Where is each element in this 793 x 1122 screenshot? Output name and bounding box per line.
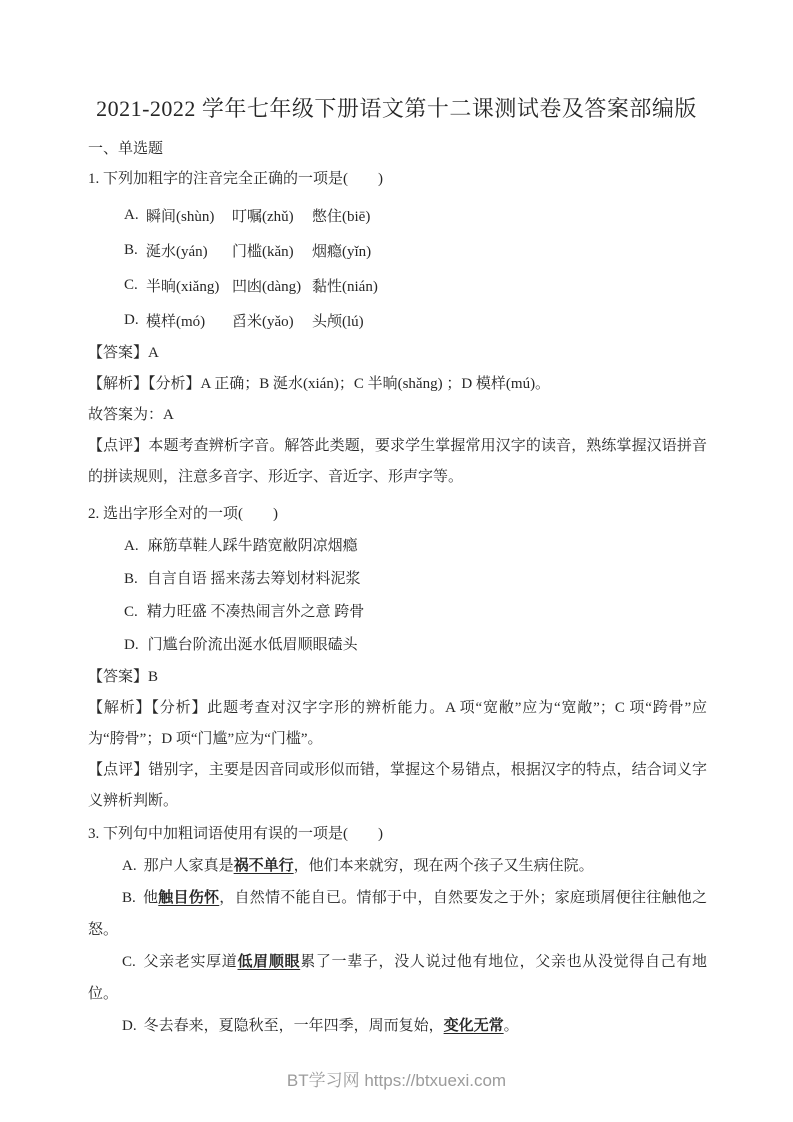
option-text: 自言自语 摇来荡去筹划材料泥浆 bbox=[147, 571, 361, 587]
option-label: B. bbox=[122, 890, 136, 906]
sentence-pre: 冬去春来，夏隐秋至，一年四季，周而复始， bbox=[144, 1018, 444, 1034]
sentence-pre: 父亲老实厚道 bbox=[143, 954, 238, 970]
sentence-pre: 他 bbox=[143, 890, 159, 906]
option-label: D. bbox=[122, 1018, 137, 1034]
pinyin-word: 憋住(biē) bbox=[312, 205, 370, 226]
comment-line: 【点评】本题考查辨析字音。解答此类题，要求学生掌握常用汉字的读音，熟练掌握汉语拼… bbox=[88, 431, 707, 493]
option-label: D. bbox=[124, 637, 139, 653]
section-heading: 一、单选题 bbox=[88, 134, 707, 164]
underlined-term: 触目伤怀 bbox=[158, 890, 219, 906]
option-label: A. bbox=[124, 538, 139, 554]
option-label: B. bbox=[124, 242, 146, 259]
answer-line: 【答案】B bbox=[88, 662, 707, 693]
footer-watermark: BT学习网 https://btxuexi.com bbox=[0, 1066, 793, 1091]
option-row-b: B. 涎水(yán) 门槛(kǎn) 烟瘾(yǐn) bbox=[124, 233, 707, 268]
question-3-options: A.那户人家真是祸不单行，他们本来就穷，现在两个孩子又生病住院。 B.他触目伤怀… bbox=[88, 850, 707, 1042]
option-label: C. bbox=[124, 277, 146, 294]
option-label: C. bbox=[122, 954, 136, 970]
pinyin-word: 涎水(yán) bbox=[146, 240, 232, 261]
analysis-line: 【解析】【分析】此题考查对汉字字形的辨析能力。A 项“宽敝”应为“宽敞”；C 项… bbox=[88, 693, 707, 755]
pinyin-word: 头颅(lú) bbox=[312, 310, 364, 331]
document-body: 一、单选题 1. 下列加粗字的注音完全正确的一项是( ) A. 瞬间(shùn)… bbox=[0, 134, 793, 1042]
pinyin-word: 瞬间(shùn) bbox=[146, 205, 232, 226]
sentence-post: ，他们本来就穷，现在两个孩子又生病住院。 bbox=[294, 858, 594, 874]
question-1-options: A. 瞬间(shùn) 叮嘱(zhǔ) 憋住(biē) B. 涎水(yán) 门… bbox=[88, 198, 707, 338]
answer-line: 【答案】A bbox=[88, 338, 707, 369]
option-sentence-b: B.他触目伤怀，自然情不能自已。情郁于中，自然要发之于外；家庭琐屑便往往触他之怒… bbox=[88, 882, 707, 946]
option-item-b: B.自言自语 摇来荡去筹划材料泥浆 bbox=[124, 563, 707, 596]
option-row-a: A. 瞬间(shùn) 叮嘱(zhǔ) 憋住(biē) bbox=[124, 198, 707, 233]
option-item-a: A.麻筋草鞋人踩牛踏宽敝阴凉烟瘾 bbox=[124, 530, 707, 563]
option-label: D. bbox=[124, 312, 146, 329]
option-sentence-a: A.那户人家真是祸不单行，他们本来就穷，现在两个孩子又生病住院。 bbox=[88, 850, 707, 882]
pinyin-word: 模样(mó) bbox=[146, 310, 232, 331]
option-sentence-c: C.父亲老实厚道低眉顺眼累了一辈子，没人说过他有地位，父亲也从没觉得自己有地位。 bbox=[88, 946, 707, 1010]
question-3-stem: 3. 下列句中加粗词语使用有误的一项是( ) bbox=[88, 819, 707, 850]
option-text: 门尴台阶流出涎水低眉顺眼磕头 bbox=[148, 637, 358, 653]
option-text: 麻筋草鞋人踩牛踏宽敝阴凉烟瘾 bbox=[148, 538, 358, 554]
question-2-options: A.麻筋草鞋人踩牛踏宽敝阴凉烟瘾 B.自言自语 摇来荡去筹划材料泥浆 C.精力旺… bbox=[88, 530, 707, 662]
option-item-d: D.门尴台阶流出涎水低眉顺眼磕头 bbox=[124, 629, 707, 662]
option-item-c: C.精力旺盛 不凑热闹言外之意 跨骨 bbox=[124, 596, 707, 629]
option-text: 精力旺盛 不凑热闹言外之意 跨骨 bbox=[147, 604, 365, 620]
conclusion-line: 故答案为：A bbox=[88, 400, 707, 431]
document-page: 2021-2022 学年七年级下册语文第十二课测试卷及答案部编版 一、单选题 1… bbox=[0, 0, 793, 1122]
sentence-post: 。 bbox=[504, 1018, 519, 1034]
option-row-d: D. 模样(mó) 舀米(yǎo) 头颅(lú) bbox=[124, 303, 707, 338]
option-row-c: C. 半晌(xiǎng) 凹凼(dàng) 黏性(nián) bbox=[124, 268, 707, 303]
pinyin-word: 凹凼(dàng) bbox=[232, 275, 312, 296]
option-label: A. bbox=[122, 858, 137, 874]
page-title: 2021-2022 学年七年级下册语文第十二课测试卷及答案部编版 bbox=[70, 0, 723, 134]
pinyin-word: 叮嘱(zhǔ) bbox=[232, 205, 312, 226]
pinyin-word: 黏性(nián) bbox=[312, 275, 378, 296]
pinyin-word: 舀米(yǎo) bbox=[232, 310, 312, 331]
underlined-term: 低眉顺眼 bbox=[237, 954, 300, 970]
question-2-stem: 2. 选出字形全对的一项( ) bbox=[88, 499, 707, 530]
option-label: C. bbox=[124, 604, 138, 620]
underlined-term: 祸不单行 bbox=[234, 858, 294, 874]
pinyin-word: 半晌(xiǎng) bbox=[146, 275, 232, 296]
option-label: B. bbox=[124, 571, 138, 587]
comment-line: 【点评】错别字，主要是因音同或形似而错，掌握这个易错点，根据汉字的特点，结合词义… bbox=[88, 755, 707, 817]
sentence-pre: 那户人家真是 bbox=[144, 858, 234, 874]
option-label: A. bbox=[124, 207, 146, 224]
pinyin-word: 门槛(kǎn) bbox=[232, 240, 312, 261]
pinyin-word: 烟瘾(yǐn) bbox=[312, 240, 371, 261]
analysis-line: 【解析】【分析】A 正确；B 涎水(xián)；C 半晌(shǎng) ；D 模… bbox=[88, 369, 707, 400]
option-sentence-d: D.冬去春来，夏隐秋至，一年四季，周而复始，变化无常。 bbox=[88, 1010, 707, 1042]
question-1-stem: 1. 下列加粗字的注音完全正确的一项是( ) bbox=[88, 164, 707, 195]
underlined-term: 变化无常 bbox=[444, 1018, 504, 1034]
